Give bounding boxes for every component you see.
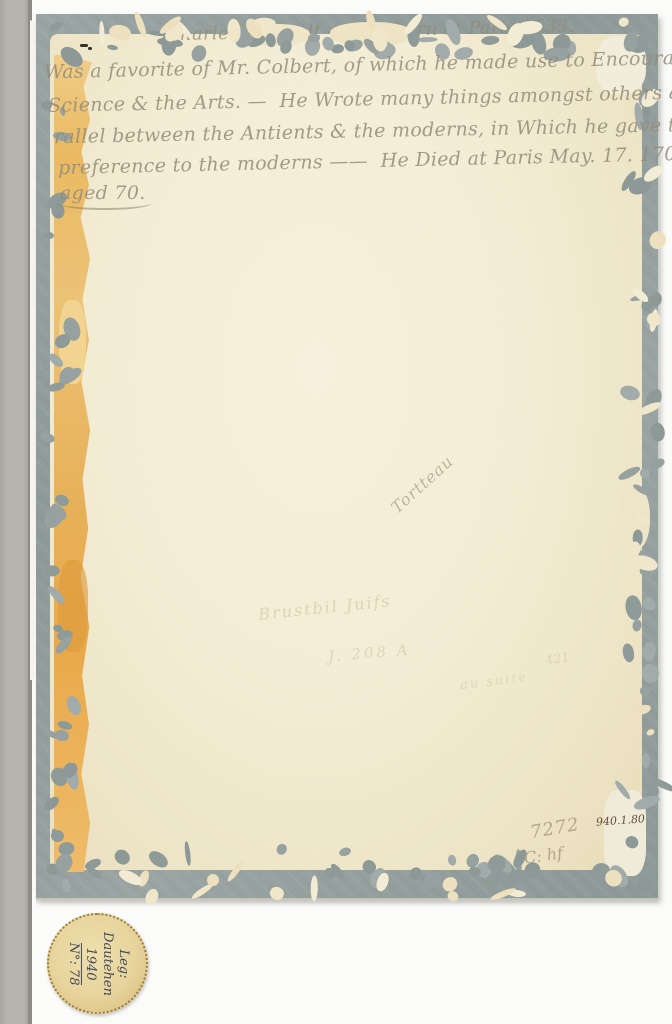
- scanner-bed-strip: [0, 0, 30, 1024]
- collection-sticker-text: Leg: Dautehen 1940 N°: 78: [65, 932, 131, 996]
- ink-speck: [80, 44, 88, 47]
- mount-shadow: [36, 898, 658, 904]
- torn-edge-blob: [45, 565, 60, 577]
- ink-underline-flourish: [58, 196, 152, 210]
- torn-edge-blob: [639, 685, 650, 696]
- sticker-line: Dautehen: [98, 932, 114, 996]
- torn-edge-blob: [308, 34, 320, 42]
- document-scan: Charles Perrault — was born at Paris 163…: [0, 0, 672, 1024]
- sticker-number: N°: 78: [65, 932, 81, 996]
- torn-edge-blob: [640, 468, 651, 478]
- ink-speck: [88, 47, 92, 50]
- sticker-year: 1940: [81, 943, 98, 984]
- collection-sticker: Leg: Dautehen 1940 N°: 78: [47, 913, 148, 1014]
- sticker-line: Leg:: [114, 932, 130, 996]
